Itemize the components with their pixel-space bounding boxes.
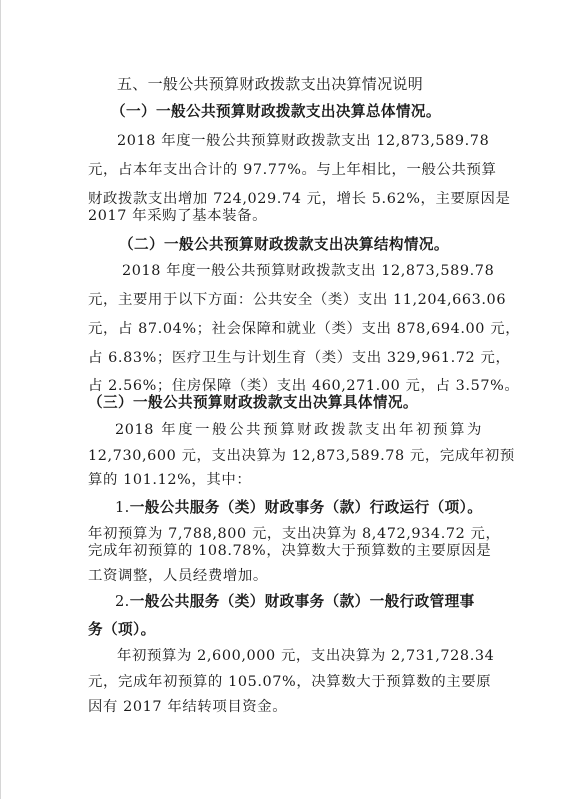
part2-heading: （二）一般公共预算财政拨款支出决算结构情况。 — [119, 235, 449, 255]
item2-line-3: 因有 2017 年结转项目资金。 — [88, 697, 482, 717]
item1-heading: 1.一般公共服务（类）财政事务（款）行政运行（项）。 — [115, 498, 482, 518]
item2-line-1: 年初预算为 2,600,000 元，支出决算为 2,731,728.34 — [117, 646, 482, 666]
part3-line-2: 12,730,600 元，支出决算为 12,873,589.78 元，完成年初预 — [88, 446, 482, 466]
part2-line-2: 元，主要用于以下方面：公共安全（类）支出 11,204,663.06 — [88, 290, 482, 310]
part1-heading: （一）一般公共预算财政拨款支出决算总体情况。 — [111, 102, 441, 122]
item2-title-line-2: 务（项）。 — [88, 620, 156, 640]
section-title: 五、一般公共预算财政拨款支出决算情况说明 — [117, 74, 423, 94]
item1-line-3: 工资调整，人员经费增加。 — [88, 566, 482, 586]
item2-title-line-1: 一般公共服务（类）财政事务（款）一般行政管理事 — [130, 593, 475, 610]
part2-line-3: 元，占 87.04%；社会保障和就业（类）支出 878,694.00 元， — [88, 319, 482, 339]
part1-line-4: 2017 年采购了基本装备。 — [88, 206, 482, 226]
part2-line-4: 占 6.83%；医疗卫生与计划生育（类）支出 329,961.72 元， — [88, 348, 482, 368]
part1-line-1: 2018 年度一般公共预算财政拨款支出 12,873,589.78 — [117, 131, 482, 151]
item2-heading: 2.一般公共服务（类）财政事务（款）一般行政管理事 — [115, 592, 475, 612]
item2-number: 2. — [115, 593, 130, 610]
part3-line-3: 算的 101.12%，其中： — [88, 470, 482, 490]
item1-number: 1. — [115, 499, 130, 516]
document-page: 五、一般公共预算财政拨款支出决算情况说明 （一）一般公共预算财政拨款支出决算总体… — [0, 0, 565, 799]
item2-line-2: 元，完成年初预算的 105.07%，决算数大于预算数的主要原 — [88, 672, 482, 692]
item1-line-2: 完成年初预算的 108.78%，决算数大于预算数的主要原因是 — [88, 541, 482, 561]
item1-title: 一般公共服务（类）财政事务（款）行政运行（项）。 — [130, 499, 483, 516]
part1-line-2: 元，占本年支出合计的 97.77%。与上年相比，一般公共预算 — [88, 160, 482, 180]
part3-heading: （三）一般公共预算财政拨款支出决算具体情况。 — [88, 393, 418, 413]
part3-line-1: 2018 年度一般公共预算财政拨款支出年初预算为 — [115, 420, 482, 440]
part2-line-1: 2018 年度一般公共预算财政拨款支出 12,873,589.78 — [122, 261, 482, 281]
